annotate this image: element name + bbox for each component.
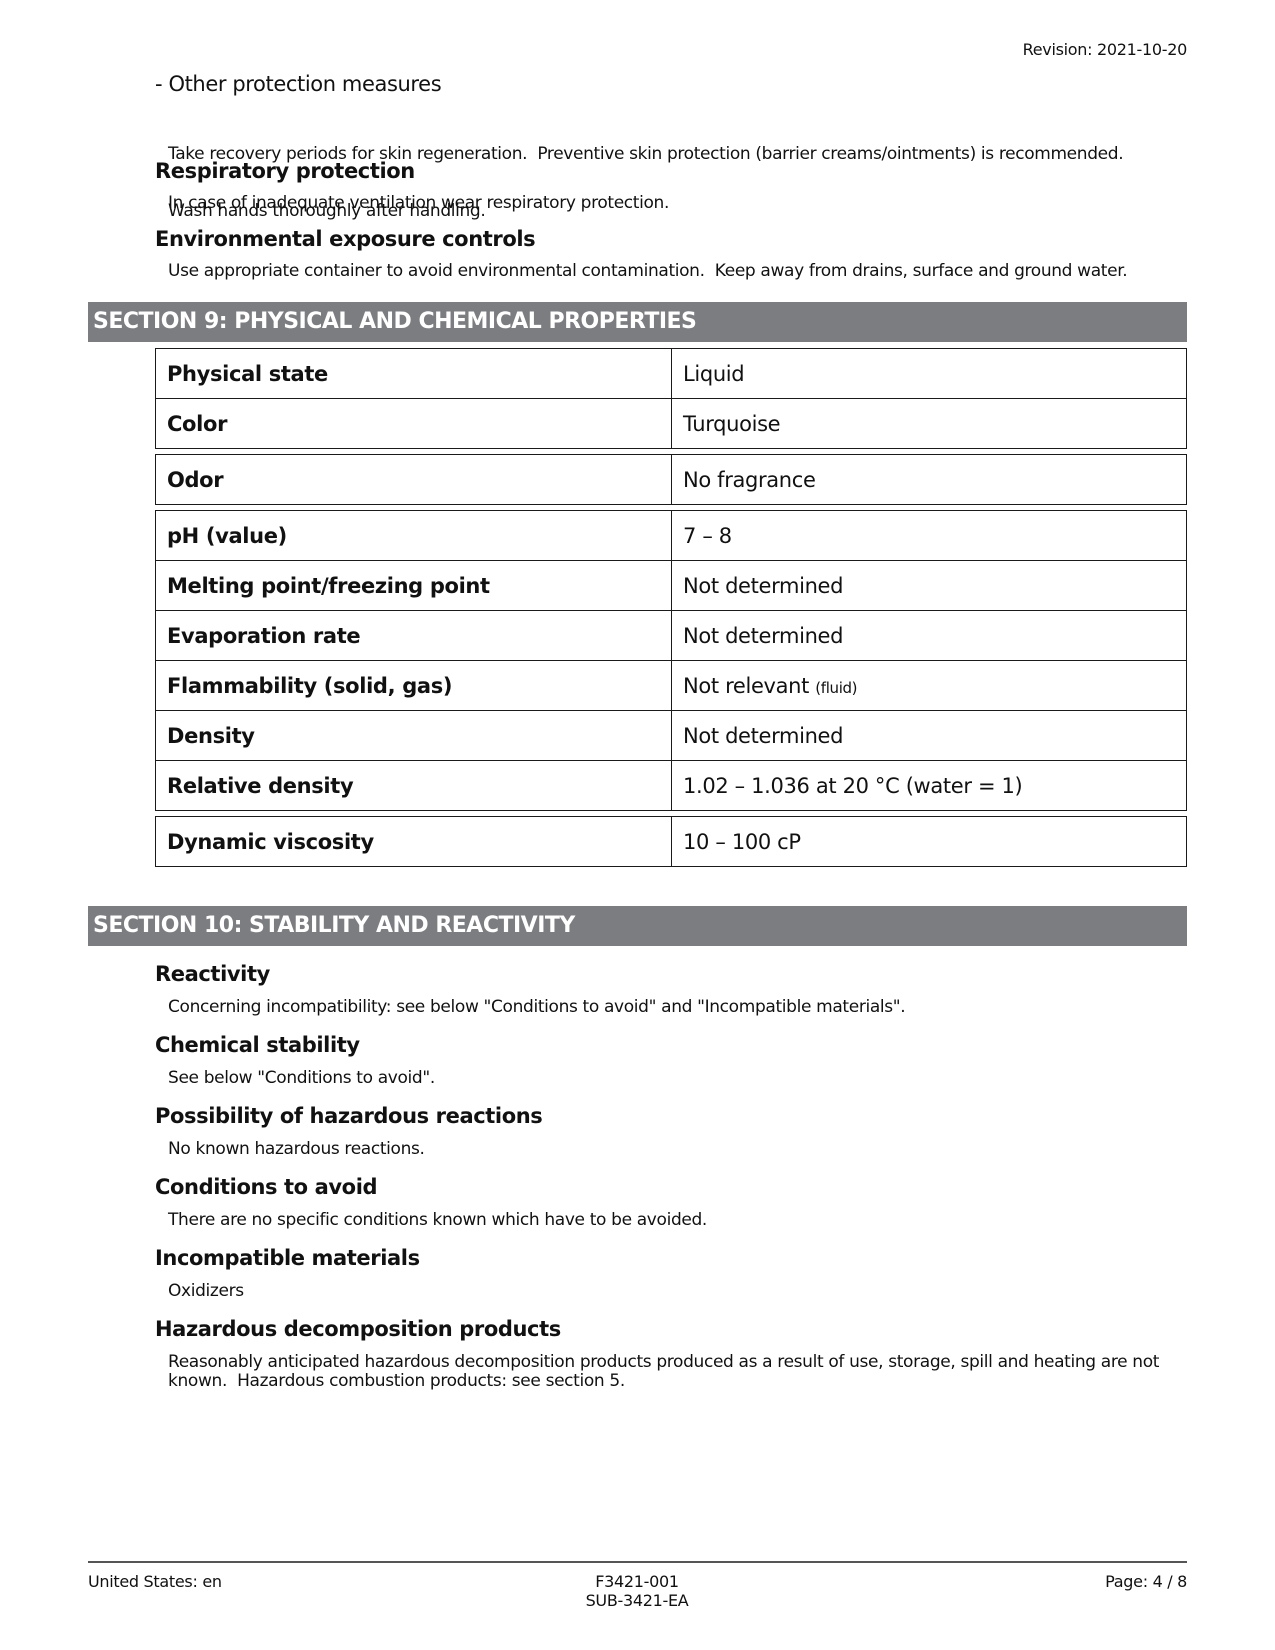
- property-value: Not relevant (fluid): [672, 661, 1187, 711]
- property-name: Melting point/freezing point: [156, 561, 672, 611]
- subsection-text-line: Concerning incompatibility: see below "C…: [168, 998, 905, 1017]
- subsection-text: Concerning incompatibility: see below "C…: [168, 998, 905, 1017]
- property-row: Melting point/freezing pointNot determin…: [156, 561, 1187, 611]
- properties-table-group: Dynamic viscosity10 – 100 cP: [155, 816, 1187, 867]
- property-value: Not determined: [672, 561, 1187, 611]
- property-value-note: (fluid): [815, 679, 857, 697]
- property-value-text: Turquoise: [683, 412, 780, 436]
- respiratory-text: In case of inadequate ventilation wear r…: [168, 194, 669, 213]
- footer-page-number: Page: 4 / 8: [1105, 1572, 1187, 1591]
- property-value: 7 – 8: [672, 511, 1187, 561]
- subsection-text: There are no specific conditions known w…: [168, 1211, 707, 1230]
- property-value-text: Not relevant: [683, 674, 809, 698]
- subsection-text-line: Reasonably anticipated hazardous decompo…: [168, 1353, 1159, 1372]
- property-value-text: Not determined: [683, 574, 843, 598]
- property-row: Dynamic viscosity10 – 100 cP: [156, 817, 1187, 867]
- property-name: Color: [156, 399, 672, 449]
- property-name: Flammability (solid, gas): [156, 661, 672, 711]
- subsection-heading: Possibility of hazardous reactions: [155, 1104, 542, 1128]
- revision-date: Revision: 2021-10-20: [1023, 40, 1187, 59]
- property-value: Not determined: [672, 711, 1187, 761]
- other-protection-heading: - Other protection measures: [155, 72, 441, 96]
- property-name: Dynamic viscosity: [156, 817, 672, 867]
- respiratory-heading: Respiratory protection: [155, 159, 415, 183]
- property-row: Evaporation rateNot determined: [156, 611, 1187, 661]
- subsection-text-line: known. Hazardous combustion products: se…: [168, 1372, 1159, 1391]
- property-name: Evaporation rate: [156, 611, 672, 661]
- subsection-heading: Chemical stability: [155, 1033, 360, 1057]
- property-row: Flammability (solid, gas)Not relevant (f…: [156, 661, 1187, 711]
- footer-product-code: SUB-3421-EA: [537, 1591, 737, 1610]
- property-row: pH (value)7 – 8: [156, 511, 1187, 561]
- subsection-text: See below "Conditions to avoid".: [168, 1069, 435, 1088]
- property-row: DensityNot determined: [156, 711, 1187, 761]
- property-name: Density: [156, 711, 672, 761]
- property-name: Relative density: [156, 761, 672, 811]
- property-value-text: 1.02 – 1.036 at 20 °C (water = 1): [683, 774, 1022, 798]
- property-row: OdorNo fragrance: [156, 455, 1187, 505]
- subsection-text: Reasonably anticipated hazardous decompo…: [168, 1353, 1159, 1391]
- subsection-heading: Reactivity: [155, 962, 270, 986]
- subsection-text-line: See below "Conditions to avoid".: [168, 1069, 435, 1088]
- properties-table-group: pH (value)7 – 8Melting point/freezing po…: [155, 510, 1187, 811]
- properties-table-group: OdorNo fragrance: [155, 454, 1187, 505]
- property-value-text: 7 – 8: [683, 524, 732, 548]
- property-name: Odor: [156, 455, 672, 505]
- footer-divider: [88, 1561, 1187, 1563]
- property-value: 10 – 100 cP: [672, 817, 1187, 867]
- property-value-text: Liquid: [683, 362, 744, 386]
- property-value-text: 10 – 100 cP: [683, 830, 801, 854]
- property-value: No fragrance: [672, 455, 1187, 505]
- subsection-text-line: No known hazardous reactions.: [168, 1140, 425, 1159]
- property-value: Not determined: [672, 611, 1187, 661]
- subsection-heading: Conditions to avoid: [155, 1175, 377, 1199]
- environmental-text: Use appropriate container to avoid envir…: [168, 262, 1127, 281]
- subsection-text: No known hazardous reactions.: [168, 1140, 425, 1159]
- property-row: ColorTurquoise: [156, 399, 1187, 449]
- property-value-text: Not determined: [683, 624, 843, 648]
- footer-doc-code: F3421-001: [537, 1572, 737, 1591]
- property-value: 1.02 – 1.036 at 20 °C (water = 1): [672, 761, 1187, 811]
- subsection-text-line: Oxidizers: [168, 1282, 244, 1301]
- environmental-heading: Environmental exposure controls: [155, 227, 535, 251]
- subsection-text: Oxidizers: [168, 1282, 244, 1301]
- property-name: pH (value): [156, 511, 672, 561]
- property-value: Turquoise: [672, 399, 1187, 449]
- footer-locale: United States: en: [88, 1572, 222, 1591]
- property-name: Physical state: [156, 349, 672, 399]
- footer-codes: F3421-001 SUB-3421-EA: [537, 1572, 737, 1610]
- subsection-heading: Hazardous decomposition products: [155, 1317, 561, 1341]
- property-value: Liquid: [672, 349, 1187, 399]
- properties-table-group: Physical stateLiquidColorTurquoise: [155, 348, 1187, 449]
- subsection-text-line: There are no specific conditions known w…: [168, 1211, 707, 1230]
- property-row: Relative density1.02 – 1.036 at 20 °C (w…: [156, 761, 1187, 811]
- property-value-text: No fragrance: [683, 468, 816, 492]
- subsection-heading: Incompatible materials: [155, 1246, 420, 1270]
- section-9-header: SECTION 9: PHYSICAL AND CHEMICAL PROPERT…: [88, 302, 1187, 342]
- property-value-text: Not determined: [683, 724, 843, 748]
- section-10-header: SECTION 10: STABILITY AND REACTIVITY: [88, 906, 1187, 946]
- property-row: Physical stateLiquid: [156, 349, 1187, 399]
